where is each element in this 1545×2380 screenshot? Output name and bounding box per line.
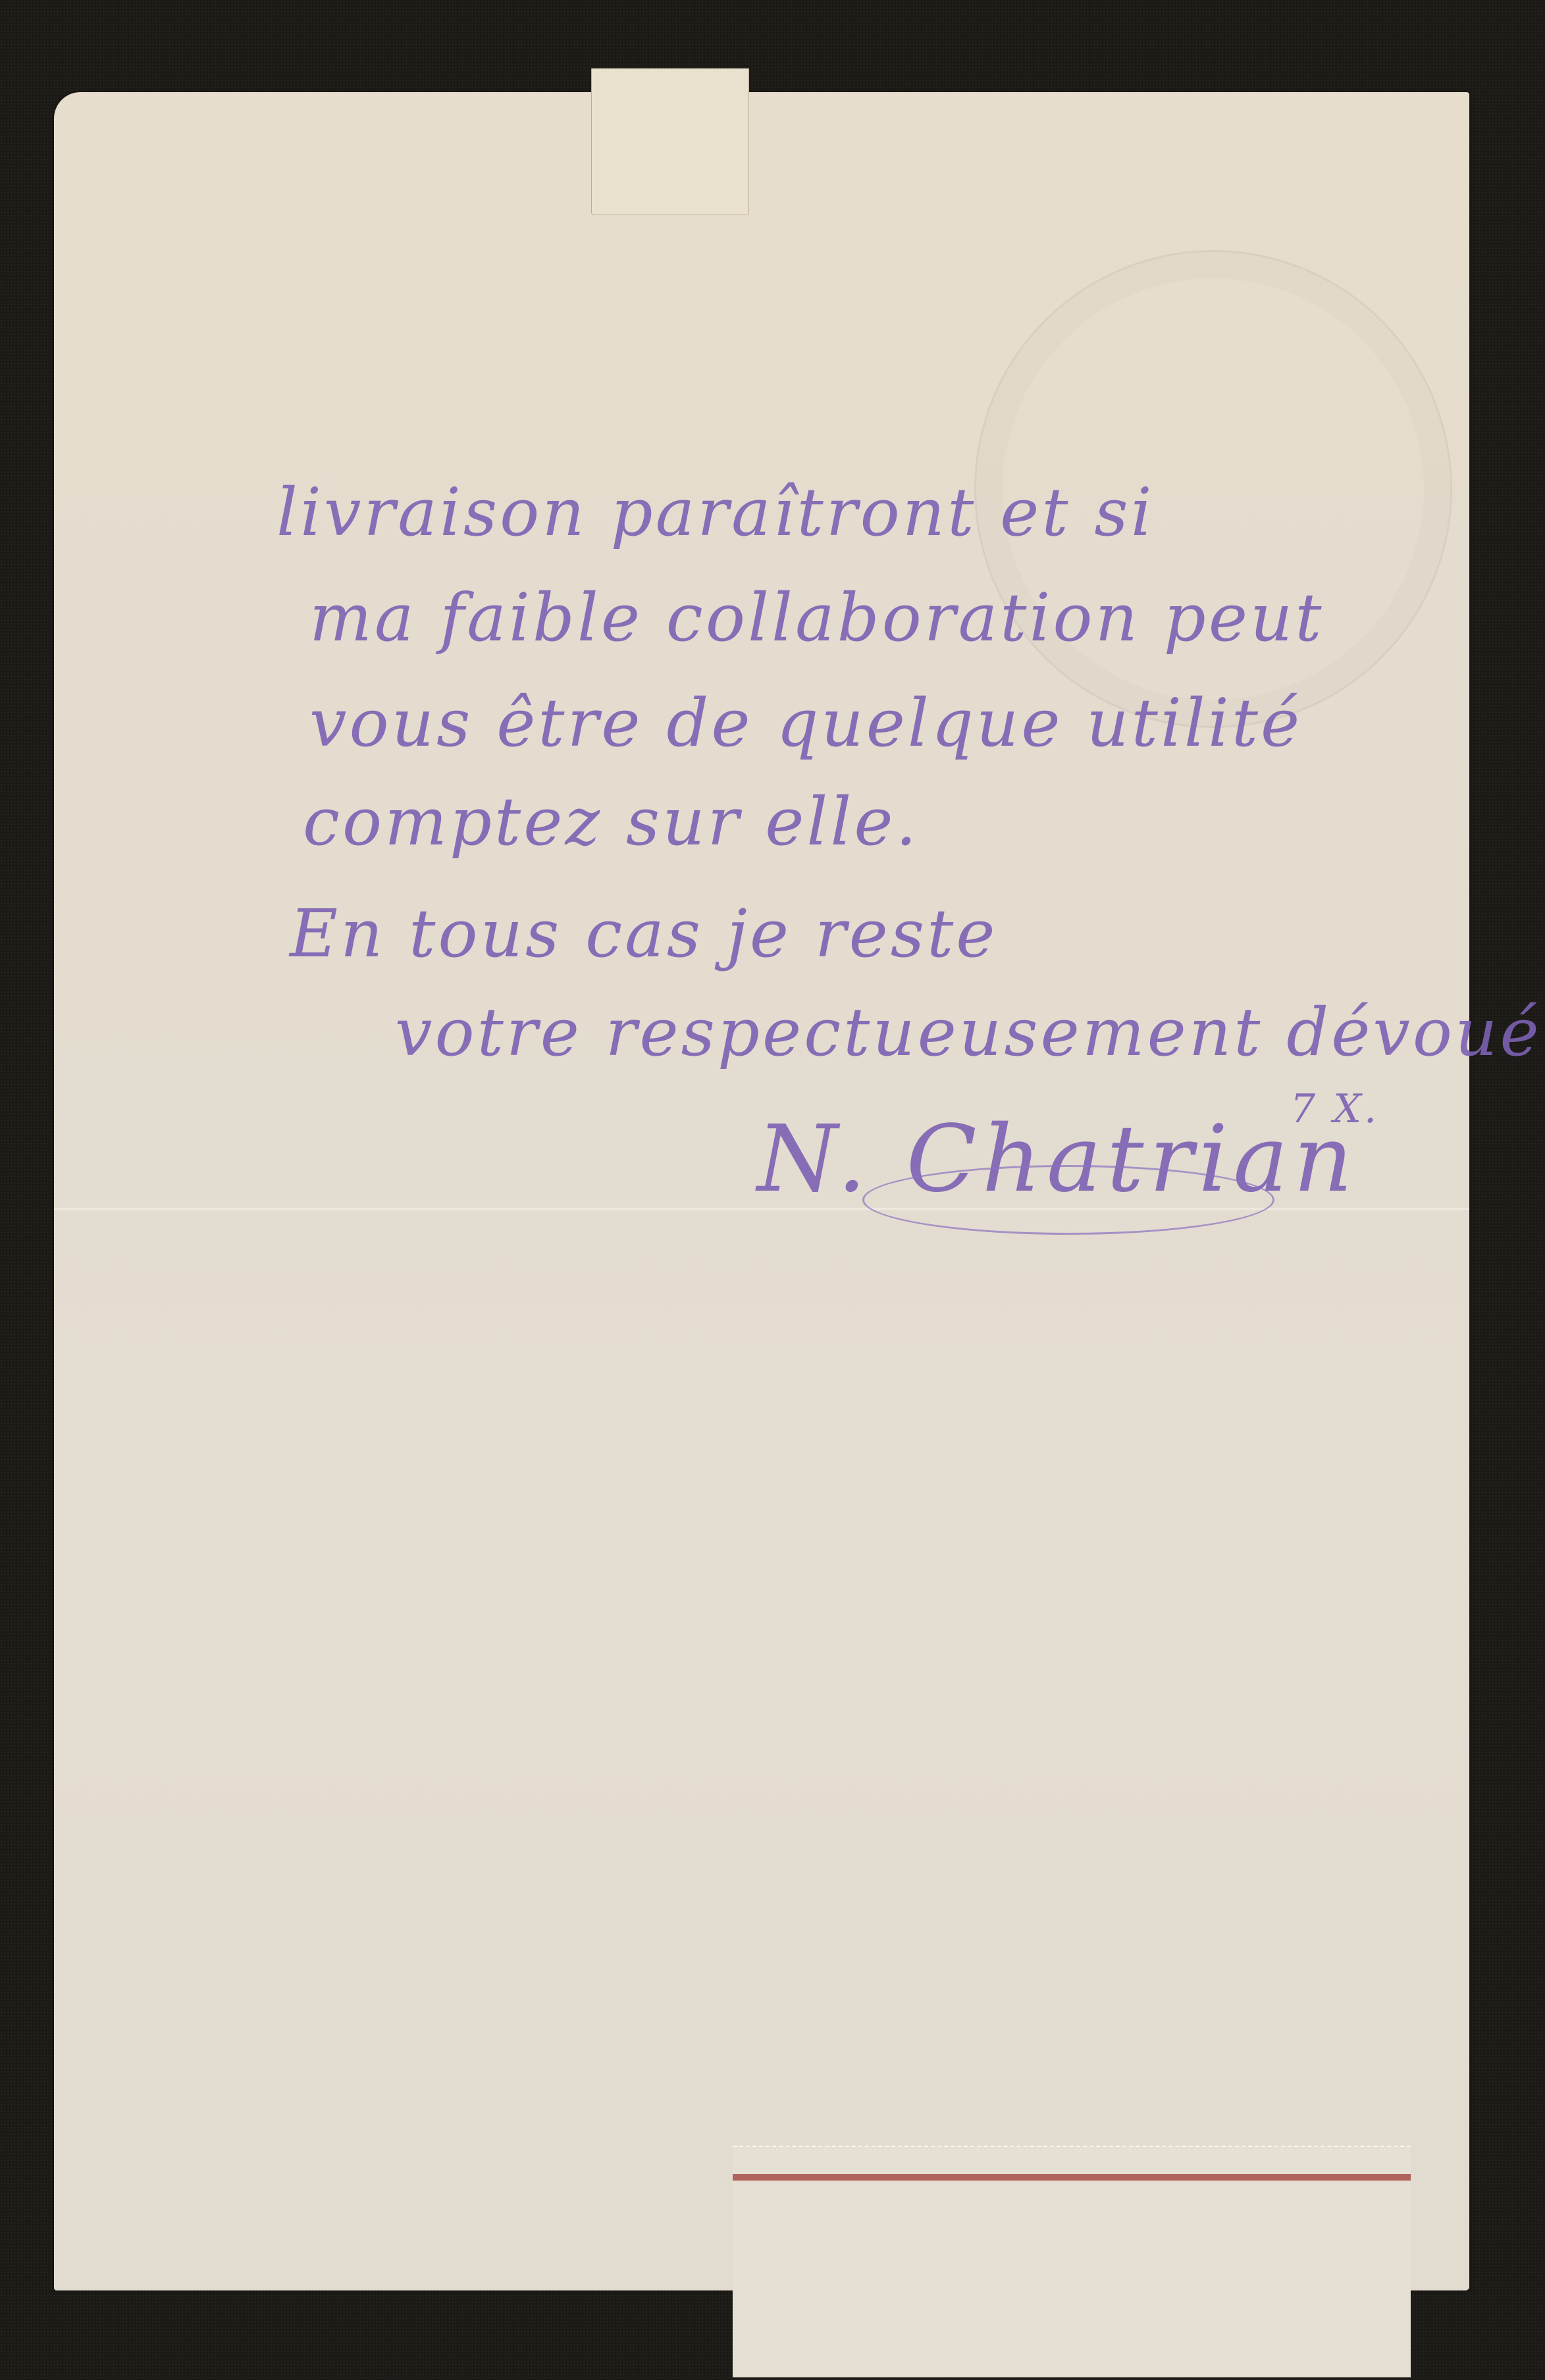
red-rule-line [733, 2174, 1411, 2181]
mounting-tab [591, 68, 749, 215]
letter-line-4: comptez sur elle. [303, 783, 919, 860]
letter-line-1: livraison paraîtront et si [276, 474, 1155, 551]
letter-line-6: votre respectueusement dévoué [395, 994, 1542, 1071]
letter-line-5: En tous cas je reste [290, 895, 997, 972]
letter-line-3: vous être de quelque utilité [309, 685, 1302, 762]
letter-line-2: ma faible collaboration peut [309, 579, 1324, 656]
signature-flourish [862, 1165, 1274, 1235]
